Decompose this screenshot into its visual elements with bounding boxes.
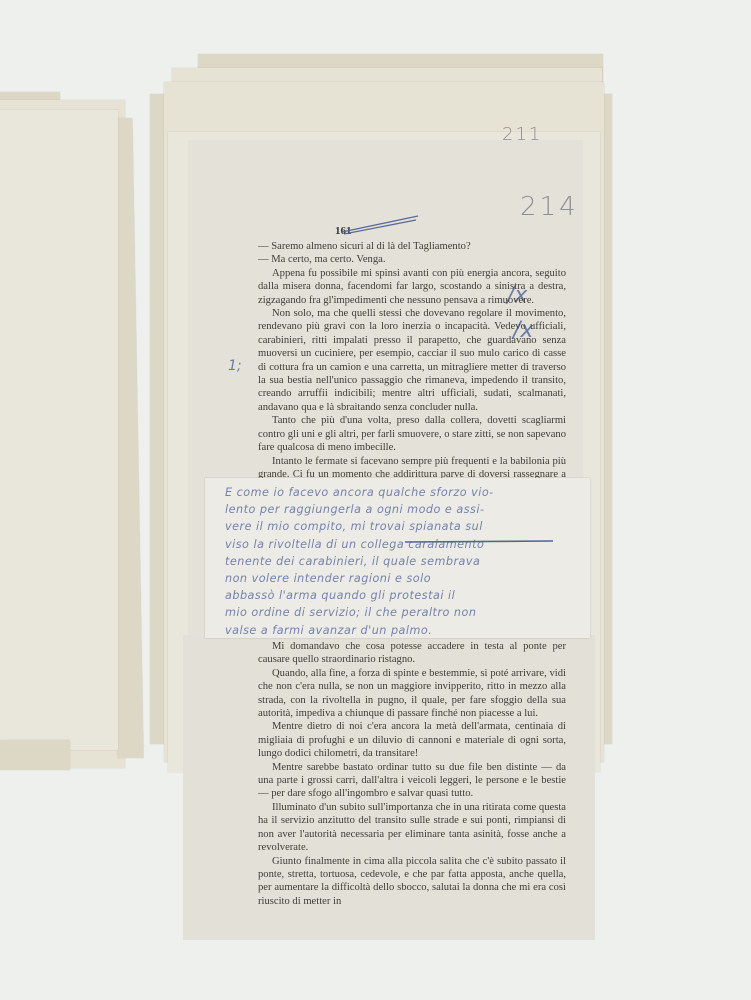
left-margin-mark: 1; xyxy=(228,358,242,374)
left-stack-top-sheet xyxy=(0,110,118,750)
strikethrough-mark xyxy=(405,537,555,547)
paragraph: Non solo, ma che quelli stessi che dovev… xyxy=(258,307,566,414)
paragraph: Mentre dietro di noi c'era ancora la met… xyxy=(258,720,566,760)
printed-text-top: — Saremo almeno sicuri al di là del Tagl… xyxy=(258,240,566,495)
handwritten-line: abbassò l'arma quando gli protestai il xyxy=(225,587,565,604)
paragraph: Illuminato d'un subito sull'importanza c… xyxy=(258,801,566,855)
handwritten-line: E come io facevo ancora qualche sforzo v… xyxy=(225,484,565,501)
pen-stroke-mark xyxy=(340,212,420,236)
paragraph: Mi domandavo che cosa potesse accadere i… xyxy=(258,640,566,667)
paragraph: Mentre sarebbe bastato ordinar tutto su … xyxy=(258,761,566,801)
handwritten-line: valse a farmi avanzar d'un palmo. xyxy=(225,622,565,639)
handwritten-line: lento per raggiungerla a ogni modo e ass… xyxy=(225,501,565,518)
paragraph: Quando, alla fine, a forza di spinte e b… xyxy=(258,667,566,721)
text-line: — Ma certo, ma certo. Venga. xyxy=(258,253,566,266)
handwritten-slip: E come io facevo ancora qualche sforzo v… xyxy=(205,478,590,638)
paragraph: Giunto finalmente in cima alla piccola s… xyxy=(258,855,566,909)
printed-text-bottom: Mi domandavo che cosa potesse accadere i… xyxy=(258,640,566,908)
handwritten-line: tenente dei carabinieri, il quale sembra… xyxy=(225,553,565,570)
handwritten-line: non volere intender ragioni e solo xyxy=(225,570,565,587)
paragraph: Appena fu possibile mi spinsi avanti con… xyxy=(258,267,566,307)
handwritten-text: E come io facevo ancora qualche sforzo v… xyxy=(225,484,565,639)
handwritten-line: vere il mio compito, mi trovai spianata … xyxy=(225,518,565,535)
paragraph: Tanto che più d'una volta, preso dalla c… xyxy=(258,414,566,454)
pencil-folio-number: 214 xyxy=(520,192,579,222)
text-line: — Saremo almeno sicuri al di là del Tagl… xyxy=(258,240,566,253)
handwritten-line: mio ordine di servizio; il che peraltro … xyxy=(225,604,565,621)
left-stack-bottom-edge xyxy=(0,740,70,770)
